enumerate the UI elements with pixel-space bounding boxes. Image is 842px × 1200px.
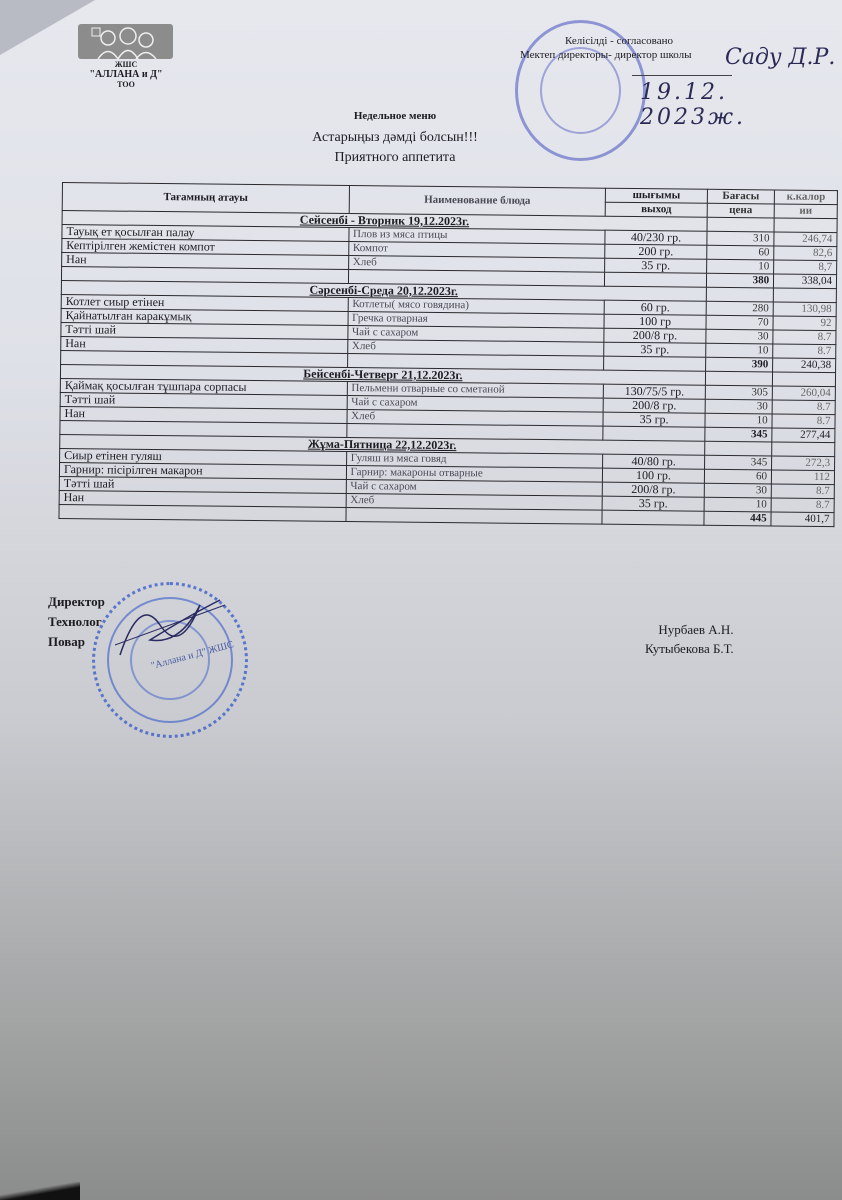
dish-output: 60 гр. — [604, 300, 706, 315]
dish-price: 10 — [705, 413, 772, 428]
approval-role: Мектеп директоры- директор школы — [520, 48, 692, 62]
dish-kcal: 82,6 — [774, 246, 837, 261]
dish-price: 10 — [704, 497, 771, 512]
dish-output: 35 гр. — [602, 496, 704, 511]
dish-price: 10 — [706, 259, 773, 274]
approval-signature-date: 19.12. 2023ж. — [640, 80, 842, 130]
dish-output: 40/230 гр. — [605, 230, 707, 245]
menu-body: Сейсенбі - Вторник 19,12.2023г.Тауық ет … — [59, 211, 837, 527]
dish-output: 100 гр. — [603, 468, 705, 483]
dish-price: 30 — [705, 399, 772, 414]
header-price-ru: цена — [707, 203, 774, 218]
empty-cell — [706, 287, 773, 302]
greeting-kz: Астарыңыз дәмді болсын!!! — [200, 130, 590, 146]
dish-kcal: 92 — [773, 316, 836, 331]
day-total-kcal: 401,7 — [771, 512, 834, 527]
greeting-ru: Приятного аппетита — [200, 150, 590, 166]
signatures-block: Директор Технолог Повар — [48, 592, 105, 652]
empty-cell — [704, 441, 771, 456]
dish-price: 305 — [705, 385, 772, 400]
dish-name-kz — [59, 504, 346, 521]
page-title: Недельное меню — [200, 110, 590, 122]
dish-kcal: 112 — [772, 470, 835, 485]
dish-output: 200 гр. — [605, 244, 707, 259]
day-total-price: 345 — [705, 427, 772, 442]
approval-label: Келісілді - согласовано — [520, 34, 692, 48]
empty-cell — [705, 371, 772, 386]
shadow — [0, 1182, 80, 1200]
dish-output — [602, 510, 704, 525]
header-output-kz: шығымы — [606, 188, 708, 203]
dish-output: 35 гр. — [605, 258, 707, 273]
header-price-kz: Бағасы — [707, 189, 774, 204]
company-title: "АЛЛАНА и Д" — [66, 70, 186, 80]
day-total-price: 390 — [705, 357, 772, 372]
empty-cell — [773, 372, 836, 387]
title-block: Недельное меню Астарыңыз дәмді болсын!!!… — [200, 110, 590, 166]
signature-line — [632, 75, 732, 76]
empty-cell — [773, 288, 836, 303]
weekly-menu-table: Тағамның атауы Наименование блюда шығымы… — [58, 182, 837, 527]
director-label: Директор — [48, 592, 105, 612]
day-total-price: 445 — [704, 511, 771, 526]
header-output-ru: выход — [605, 202, 707, 217]
dish-price: 10 — [705, 343, 772, 358]
dish-kcal: 8.7 — [773, 344, 836, 359]
dish-output: 100 гр — [604, 314, 706, 329]
dish-kcal: 8,7 — [774, 260, 837, 275]
dish-price: 30 — [704, 483, 771, 498]
dish-output — [604, 356, 706, 371]
dish-output: 200/8 гр. — [604, 328, 706, 343]
dish-output: 35 гр. — [604, 342, 706, 357]
signature-names: Нурбаев А.Н. Кутыбекова Б.Т. — [645, 620, 734, 658]
technologist-label: Технолог — [48, 612, 105, 632]
company-name: ЖШС "АЛЛАНА и Д" ТОО — [66, 60, 186, 90]
dish-price: 60 — [704, 469, 771, 484]
empty-cell — [707, 217, 774, 232]
dish-kcal: 246,74 — [774, 232, 837, 247]
empty-cell — [774, 218, 837, 233]
document-page: ЖШС "АЛЛАНА и Д" ТОО Келісілді - согласо… — [0, 0, 842, 1200]
dish-kcal: 8.7 — [771, 498, 834, 513]
day-total-kcal: 338,04 — [774, 274, 837, 289]
dish-name-ru — [346, 507, 603, 524]
dish-output: 35 гр. — [603, 412, 705, 427]
dish-kcal: 272,3 — [772, 456, 835, 471]
dish-price: 70 — [706, 315, 773, 330]
company-logo — [78, 24, 173, 59]
dish-kcal: 8.7 — [771, 484, 834, 499]
technologist-name: Нурбаев А.Н. — [645, 620, 734, 639]
day-total-kcal: 277,44 — [772, 428, 835, 443]
approval-signature-name: Саду Д.Р. — [725, 45, 835, 70]
dish-output — [603, 426, 705, 441]
cook-name: Кутыбекова Б.Т. — [645, 639, 734, 658]
dish-kcal: 8.7 — [772, 414, 835, 429]
dish-output: 200/8 гр. — [603, 482, 705, 497]
company-type-ru: ТОО — [66, 80, 186, 90]
dish-kcal: 8.7 — [772, 400, 835, 415]
cook-label: Повар — [48, 632, 105, 652]
dish-price: 345 — [704, 455, 771, 470]
dish-price: 280 — [706, 301, 773, 316]
dish-kcal: 130,98 — [773, 302, 836, 317]
dish-output: 130/75/5 гр. — [604, 384, 706, 399]
cooks-illustration-icon — [78, 24, 173, 59]
header-kcal-1: к.калор — [774, 190, 837, 205]
empty-cell — [772, 442, 835, 457]
header-name-ru: Наименование блюда — [349, 186, 606, 217]
approval-block: Келісілді - согласовано Мектеп директоры… — [520, 34, 692, 62]
dish-price: 30 — [706, 329, 773, 344]
header-kcal-2: ии — [774, 204, 837, 219]
header-name-kz: Тағамның атауы — [62, 183, 349, 214]
dish-kcal: 8.7 — [773, 330, 836, 345]
dish-output: 200/8 гр. — [603, 398, 705, 413]
dish-kcal: 260,04 — [772, 386, 835, 401]
day-total-kcal: 240,38 — [773, 358, 836, 373]
dish-price: 310 — [707, 231, 774, 246]
dish-output — [605, 272, 707, 287]
dish-price: 60 — [707, 245, 774, 260]
dish-output: 40/80 гр. — [603, 454, 705, 469]
day-total-price: 380 — [706, 273, 773, 288]
